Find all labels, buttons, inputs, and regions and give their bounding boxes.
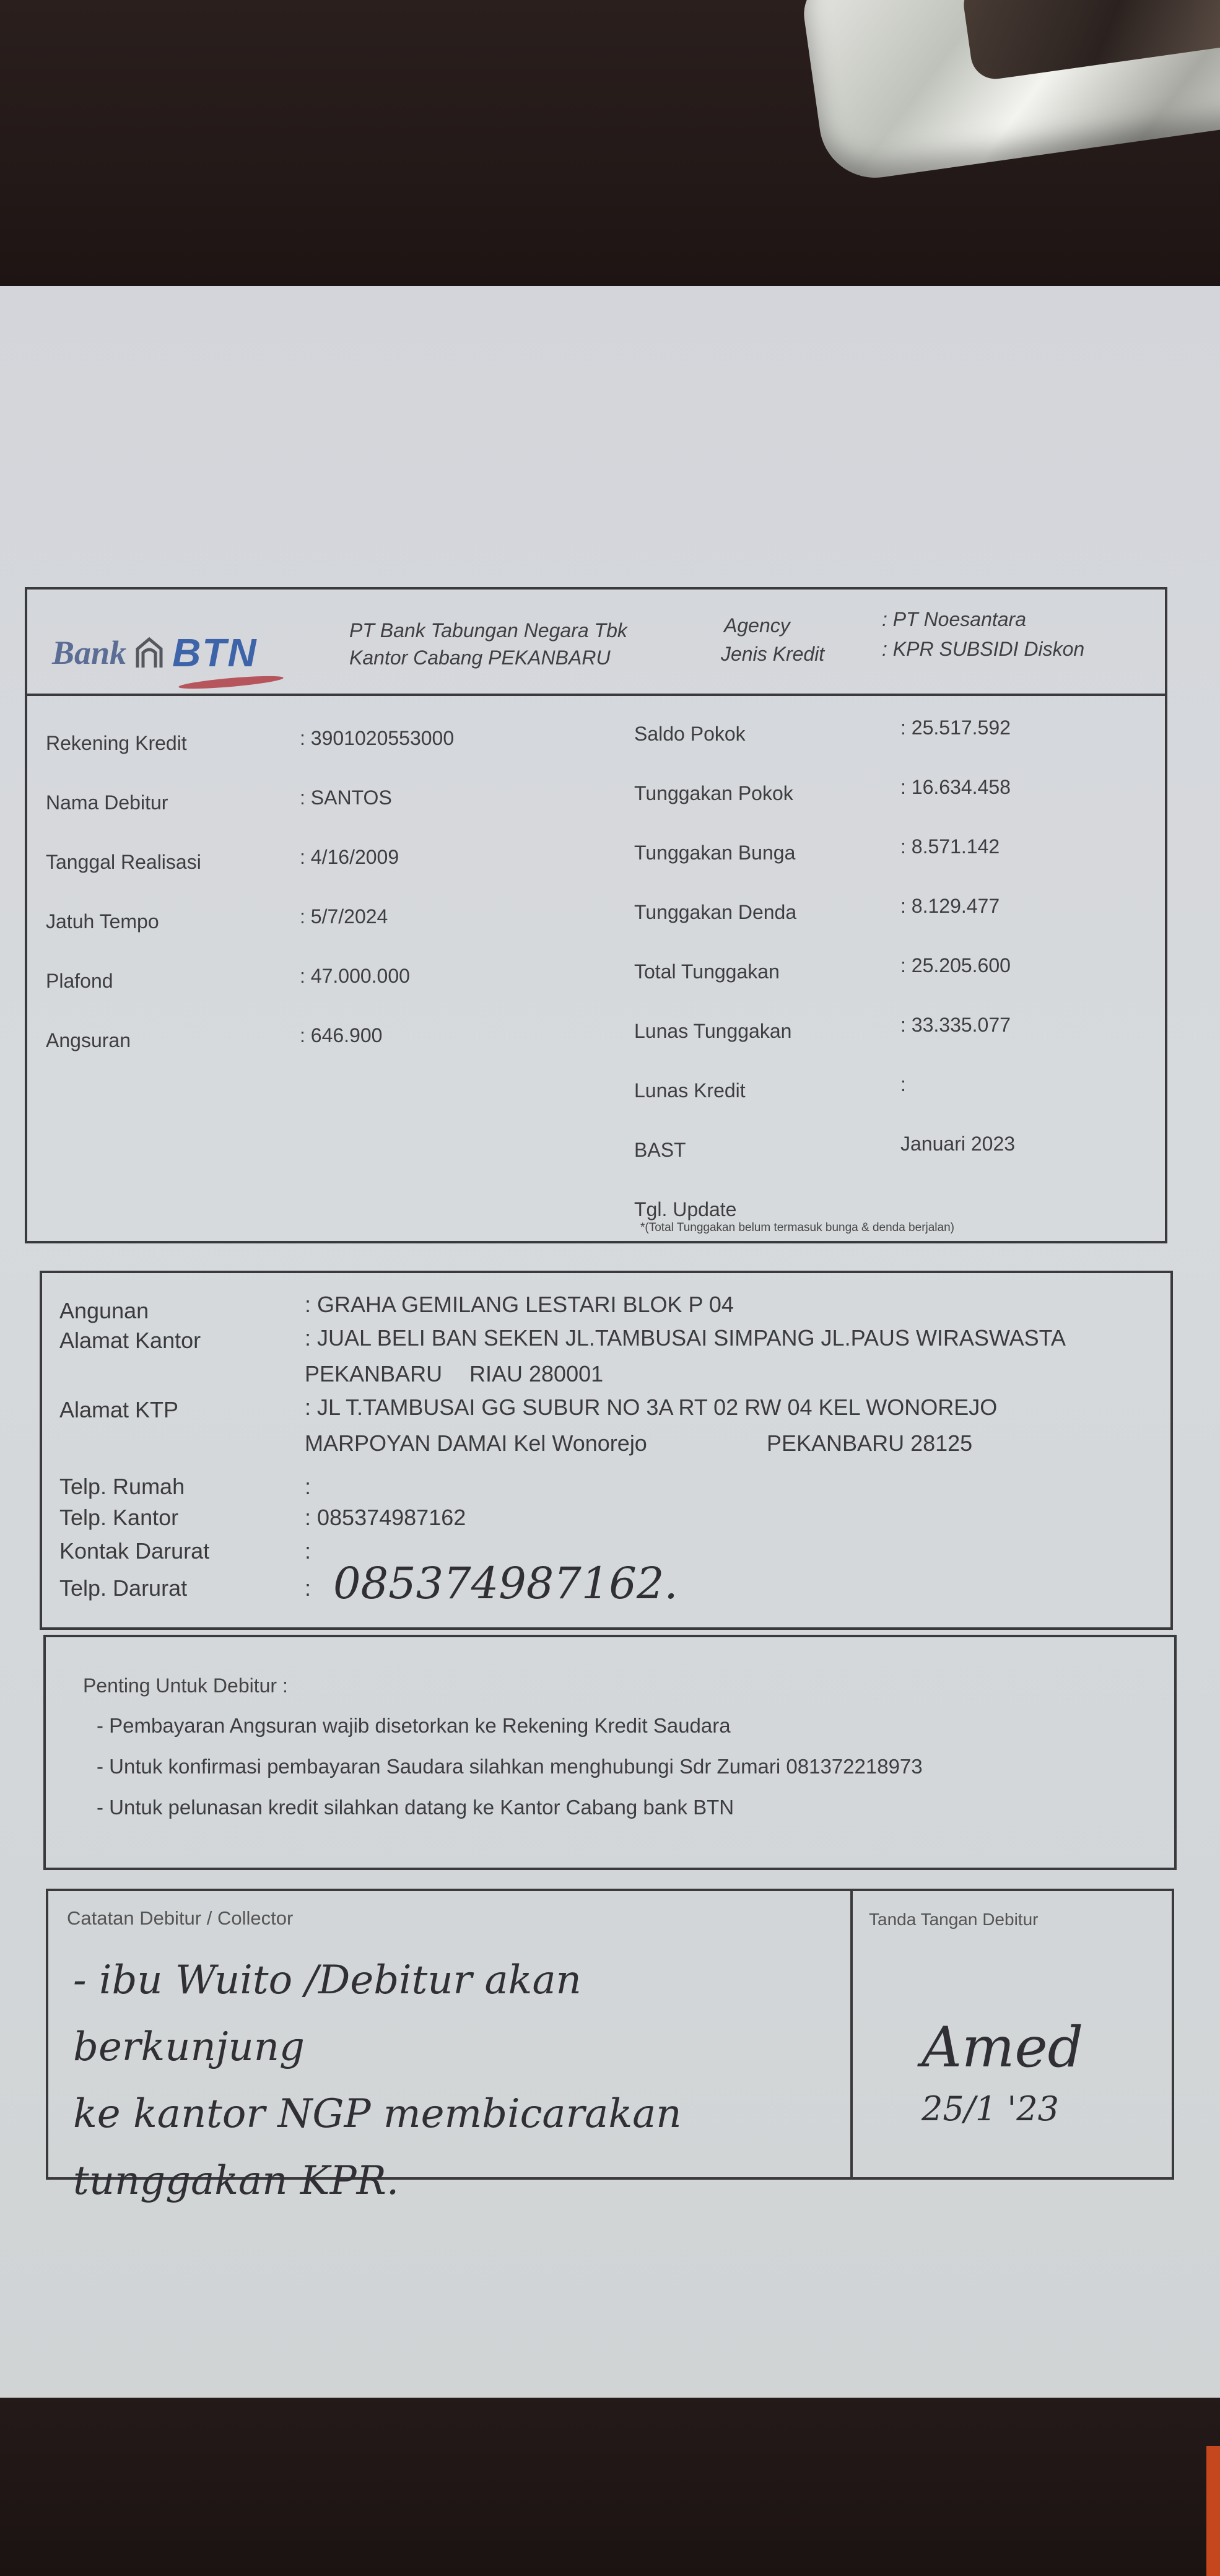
angunan-label: Angunan (59, 1298, 149, 1324)
notes-signature-box: Catatan Debitur / Collector - ibu Wuito … (46, 1889, 1174, 2180)
field-label: Tgl. Update (634, 1198, 736, 1221)
telp-darurat-label: Telp. Darurat (59, 1575, 187, 1601)
field-value: : 25.517.592 (900, 716, 1011, 739)
field-label: Tunggakan Denda (634, 901, 796, 924)
telp-kantor-label: Telp. Kantor (59, 1505, 178, 1531)
signature-date: 25/1 '23 (922, 2089, 1059, 2128)
logo-brand-text: BTN (172, 630, 258, 676)
field-value: : 16.634.458 (900, 776, 1011, 799)
orange-object (1206, 2446, 1220, 2576)
field-label: Lunas Kredit (634, 1079, 746, 1102)
alamat-ktp-city: PEKANBARU 28125 (767, 1430, 972, 1456)
info-title: Penting Untuk Debitur : (83, 1674, 288, 1697)
telp-kantor-value: : 085374987162 (305, 1505, 466, 1531)
wooden-table-bottom (0, 2390, 1220, 2576)
field-label: Rekening Kredit (46, 732, 187, 755)
alamat-kantor-line1: : JUAL BELI BAN SEKEN JL.TAMBUSAI SIMPAN… (305, 1325, 1066, 1351)
info-item: - Untuk konfirmasi pembayaran Saudara si… (97, 1755, 923, 1778)
field-value: : 8.129.477 (900, 895, 1000, 918)
field-value: : 47.000.000 (300, 965, 410, 988)
alamat-ktp-line1: : JL T.TAMBUSAI GG SUBUR NO 3A RT 02 RW … (305, 1395, 997, 1421)
alamat-kantor-city: PEKANBARU (305, 1361, 442, 1387)
field-value: Januari 2023 (900, 1133, 1015, 1155)
alamat-ktp-label: Alamat KTP (59, 1397, 178, 1423)
field-label: Angsuran (46, 1029, 131, 1052)
kontak-darurat-label: Kontak Darurat (59, 1538, 209, 1564)
field-label: Tunggakan Pokok (634, 782, 793, 805)
field-label: Jatuh Tempo (46, 910, 159, 933)
collateral-address-box: Angunan : GRAHA GEMILANG LESTARI BLOK P … (40, 1271, 1173, 1630)
important-info-box: Penting Untuk Debitur : - Pembayaran Ang… (43, 1635, 1177, 1870)
letterhead: Bank BTN PT Bank Tabungan Negara Tbk Kan… (27, 590, 1165, 696)
field-label: Tunggakan Bunga (634, 842, 795, 864)
collector-notes-text: - ibu Wuito /Debitur akan berkunjung ke … (73, 1947, 816, 2214)
company-name: PT Bank Tabungan Negara Tbk (349, 619, 627, 642)
field-label: Plafond (46, 970, 113, 993)
kontak-darurat-value: : (305, 1538, 311, 1564)
field-label: Nama Debitur (46, 791, 168, 814)
alamat-ktp-area: MARPOYAN DAMAI Kel Wonorejo (305, 1430, 647, 1456)
field-label: BAST (634, 1139, 686, 1162)
agency-value: : PT Noesantara (882, 608, 1026, 631)
telp-rumah-value: : (305, 1474, 311, 1500)
account-summary-box: Bank BTN PT Bank Tabungan Negara Tbk Kan… (25, 587, 1167, 1243)
footnote: *(Total Tunggakan belum termasuk bunga &… (640, 1221, 954, 1235)
field-value: : 646.900 (300, 1024, 382, 1047)
info-item: - Pembayaran Angsuran wajib disetorkan k… (97, 1714, 731, 1738)
telp-darurat-handwritten: 085374987162. (333, 1558, 678, 1609)
signature-label: Tanda Tangan Debitur (869, 1910, 1038, 1930)
field-value: : 3901020553000 (300, 727, 454, 750)
field-value: : 4/16/2009 (300, 846, 399, 869)
field-label: Lunas Tunggakan (634, 1020, 791, 1043)
field-label: Tanggal Realisasi (46, 851, 201, 874)
field-value: : SANTOS (300, 786, 392, 809)
collector-notes-label: Catatan Debitur / Collector (67, 1907, 293, 1930)
btn-logo: Bank BTN (52, 634, 258, 671)
field-value: : 5/7/2024 (300, 905, 388, 928)
column-divider (850, 1891, 853, 2177)
house-icon (135, 637, 163, 669)
alamat-kantor-label: Alamat Kantor (59, 1328, 201, 1354)
telp-darurat-colon: : (305, 1575, 311, 1601)
alamat-kantor-region: RIAU 280001 (469, 1361, 603, 1387)
field-label: Saldo Pokok (634, 723, 746, 746)
angunan-value: : GRAHA GEMILANG LESTARI BLOK P 04 (305, 1292, 734, 1318)
field-value: : 33.335.077 (900, 1014, 1011, 1037)
debtor-signature: Amed (922, 2015, 1083, 2080)
field-value: : 25.205.600 (900, 954, 1011, 977)
logo-bank-text: Bank (52, 633, 126, 672)
jenis-kredit-value: : KPR SUBSIDI Diskon (882, 638, 1084, 661)
field-label: Total Tunggakan (634, 960, 780, 983)
telp-rumah-label: Telp. Rumah (59, 1474, 185, 1500)
field-value: : 8.571.142 (900, 835, 1000, 858)
logo-swoosh (178, 674, 284, 692)
agency-label: Agency (724, 614, 790, 637)
jenis-kredit-label: Jenis Kredit (721, 643, 824, 666)
info-item: - Untuk pelunasan kredit silahkan datang… (97, 1796, 734, 1819)
branch-name: Kantor Cabang PEKANBARU (349, 646, 611, 669)
field-value: : (900, 1073, 906, 1096)
